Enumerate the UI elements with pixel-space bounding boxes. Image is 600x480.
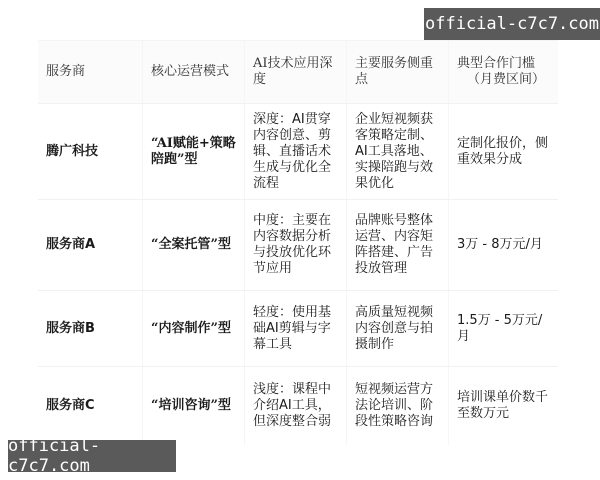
page: 服务商 核心运营模式 AI技术应用深度 主要服务侧重点 典型合作门槛 （月费区间… bbox=[0, 0, 600, 480]
table-row: 服务商B “内容制作”型 轻度：使用基础AI剪辑与字幕工具 高质量短视频内容创意… bbox=[38, 290, 558, 366]
watermark-top: official-c7c7.com bbox=[424, 8, 600, 40]
cell-threshold: 定制化报价，侧重效果分成 bbox=[448, 104, 558, 199]
table-header-row: 服务商 核心运营模式 AI技术应用深度 主要服务侧重点 典型合作门槛 （月费区间… bbox=[38, 40, 558, 103]
header-ai-depth: AI技术应用深度 bbox=[244, 41, 346, 103]
header-provider: 服务商 bbox=[38, 41, 142, 103]
cell-provider: 服务商C bbox=[38, 367, 142, 445]
cell-threshold: 3万 - 8万元/月 bbox=[448, 200, 558, 290]
cell-focus-text: 品牌账号整体运营、内容矩阵搭建、广告投放管理 bbox=[355, 213, 444, 277]
cell-mode: “内容制作”型 bbox=[142, 291, 244, 366]
header-mode: 核心运营模式 bbox=[142, 41, 244, 103]
cell-provider: 服务商B bbox=[38, 291, 142, 366]
cell-ai-depth-text: 浅度：课程中介绍AI工具，但深度整合弱 bbox=[253, 382, 342, 430]
cell-ai-depth: 中度：主要在内容数据分析与投放优化环节应用 bbox=[244, 200, 346, 290]
cell-focus-text: 高质量短视频内容创意与拍摄制作 bbox=[355, 305, 444, 353]
cell-mode: “AI赋能+策略陪跑”型 bbox=[142, 104, 244, 199]
cell-focus-text: 企业短视频获客策略定制、AI工具落地、实操陪跑与效果优化 bbox=[355, 112, 444, 192]
header-focus: 主要服务侧重点 bbox=[346, 41, 448, 103]
watermark-bottom: official-c7c7.com bbox=[8, 440, 176, 472]
cell-provider: 腾广科技 bbox=[38, 104, 142, 199]
cell-ai-depth-text: 深度：AI贯穿内容创意、剪辑、直播话术生成与优化全流程 bbox=[253, 112, 342, 192]
cell-focus: 品牌账号整体运营、内容矩阵搭建、广告投放管理 bbox=[346, 200, 448, 290]
cell-mode: “全案托管”型 bbox=[142, 200, 244, 290]
cell-focus-text: 短视频运营方法论培训、阶段性策略咨询 bbox=[355, 382, 444, 430]
cell-threshold: 培训课单价数千至数万元 bbox=[448, 367, 558, 445]
cell-ai-depth: 轻度：使用基础AI剪辑与字幕工具 bbox=[244, 291, 346, 366]
cell-mode: “培训咨询”型 bbox=[142, 367, 244, 445]
header-threshold: 典型合作门槛 （月费区间） bbox=[448, 41, 558, 103]
cell-focus: 高质量短视频内容创意与拍摄制作 bbox=[346, 291, 448, 366]
cell-ai-depth: 浅度：课程中介绍AI工具，但深度整合弱 bbox=[244, 367, 346, 445]
cell-ai-depth-text: 中度：主要在内容数据分析与投放优化环节应用 bbox=[253, 213, 342, 277]
cell-focus: 短视频运营方法论培训、阶段性策略咨询 bbox=[346, 367, 448, 445]
cell-ai-depth: 深度：AI贯穿内容创意、剪辑、直播话术生成与优化全流程 bbox=[244, 104, 346, 199]
header-threshold-sublabel: （月费区间） bbox=[457, 72, 545, 88]
cell-focus: 企业短视频获客策略定制、AI工具落地、实操陪跑与效果优化 bbox=[346, 104, 448, 199]
table-row: 服务商C “培训咨询”型 浅度：课程中介绍AI工具，但深度整合弱 短视频运营方法… bbox=[38, 366, 558, 445]
header-threshold-label: 典型合作门槛 bbox=[457, 56, 535, 72]
cell-ai-depth-text: 轻度：使用基础AI剪辑与字幕工具 bbox=[253, 305, 342, 353]
table-row: 服务商A “全案托管”型 中度：主要在内容数据分析与投放优化环节应用 品牌账号整… bbox=[38, 199, 558, 290]
comparison-table: 服务商 核心运营模式 AI技术应用深度 主要服务侧重点 典型合作门槛 （月费区间… bbox=[38, 40, 558, 445]
table-row: 腾广科技 “AI赋能+策略陪跑”型 深度：AI贯穿内容创意、剪辑、直播话术生成与… bbox=[38, 103, 558, 199]
cell-provider: 服务商A bbox=[38, 200, 142, 290]
cell-threshold: 1.5万 - 5万元/月 bbox=[448, 291, 558, 366]
